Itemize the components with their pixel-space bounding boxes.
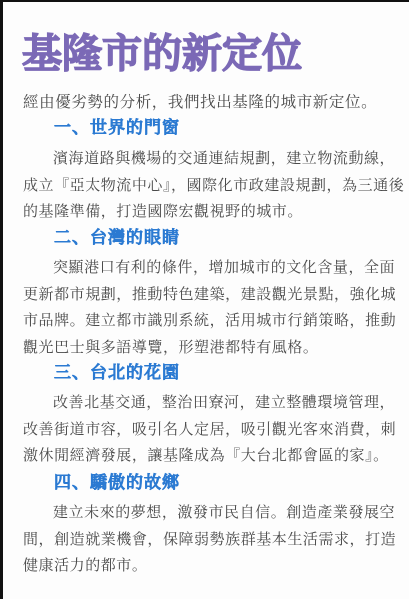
paragraph-line: 建立未來的夢想，激發市民自信。創造產業發展空 [23, 499, 393, 526]
paragraph-line: 突顯港口有利的條件，增加城市的文化含量，全面 [23, 254, 393, 281]
section-heading-world-gateway: 一、世界的門窗 [54, 116, 180, 140]
section-body-taipei-garden: 改善北基交通，整治田寮河，建立整體環境管理， 改善街道市容，吸引名人定居，吸引觀… [23, 389, 393, 469]
paragraph-line: 改善北基交通，整治田寮河，建立整體環境管理， [23, 389, 393, 416]
paragraph-line: 市品牌。建立都市識別系統，活用城市行銷策略，推動 [23, 307, 393, 334]
paragraph-line: 的基隆準備，打造國際宏觀視野的城市。 [23, 198, 393, 225]
paragraph-line: 健康活力的都市。 [23, 552, 393, 579]
document-page: 基隆市的新定位 經由優劣勢的分析，我們找出基隆的城市新定位。 一、世界的門窗 濱… [0, 0, 409, 599]
paragraph-line: 激休閒經濟發展，讓基隆成為『大台北都會區的家』。 [23, 442, 393, 469]
intro-text: 經由優劣勢的分析，我們找出基隆的城市新定位。 [23, 91, 377, 113]
paragraph-line: 成立『亞太物流中心』，國際化市政建設規劃，為三通後 [23, 172, 393, 199]
paragraph-line: 更新都市規劃，推動特色建築，建設觀光景點，強化城 [23, 281, 393, 308]
paragraph-line: 改善街道市容，吸引名人定居，吸引觀光客來消費，刺 [23, 416, 393, 443]
paragraph-line: 濱海道路與機場的交通連結規劃，建立物流動線， [23, 145, 393, 172]
section-body-taiwan-eyes: 突顯港口有利的條件，增加城市的文化含量，全面 更新都市規劃，推動特色建築，建設觀… [23, 254, 393, 360]
section-heading-taipei-garden: 三、台北的花園 [54, 361, 180, 385]
section-heading-taiwan-eyes: 二、台灣的眼睛 [54, 226, 180, 250]
section-heading-proud-hometown: 四、驕傲的故鄉 [54, 471, 180, 495]
section-body-world-gateway: 濱海道路與機場的交通連結規劃，建立物流動線， 成立『亞太物流中心』，國際化市政建… [23, 145, 393, 225]
section-body-proud-hometown: 建立未來的夢想，激發市民自信。創造產業發展空 間，創造就業機會，保障弱勢族群基本… [23, 499, 393, 579]
paragraph-line: 間，創造就業機會，保障弱勢族群基本生活需求，打造 [23, 526, 393, 553]
paragraph-line: 觀光巴士與多語導覽，形塑港都特有風格。 [23, 334, 393, 361]
page-title: 基隆市的新定位 [22, 30, 302, 78]
